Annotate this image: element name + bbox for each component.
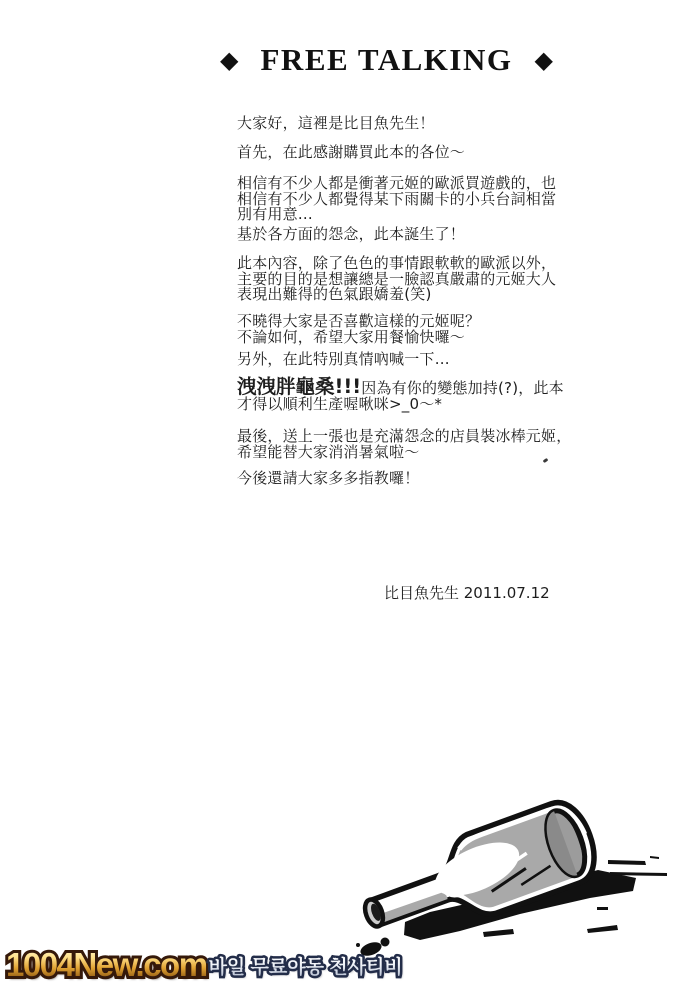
watermark: 1004New.com 1004New.com 바일 무료야동 천사티비 바일 …: [6, 944, 403, 986]
afterword-paragraph: 今後還請大家多多指教囉！: [237, 471, 419, 487]
afterword-paragraph: 首先，在此感謝購買此本的各位～: [237, 145, 465, 161]
afterword-paragraph: 此本內容，除了色色的事情跟軟軟的歐派以外， 主要的目的是想讓總是一臉認真嚴肅的元…: [237, 256, 556, 303]
scanned-afterword-page: ◆ FREE TALKING ◆ 大家好，這裡是比目魚先生！ 首先，在此感謝購買…: [0, 0, 699, 988]
ink-speck: [543, 458, 549, 463]
watermark-site-text: 1004New.com: [6, 946, 207, 984]
watermark-tagline: 바일 무료야동 천사티비 바일 무료야동 천사티비: [209, 952, 403, 979]
afterword-paragraph: 大家好，這裡是比目魚先生！: [237, 116, 435, 132]
afterword-paragraph: 不曉得大家是否喜歡這樣的元姬呢？ 不論如何，希望大家用餐愉快囉～: [237, 314, 480, 345]
afterword-paragraph: 相信有不少人都是衝著元姬的歐派買遊戲的，也 相信有不少人都覺得某下雨關卡的小兵台…: [237, 176, 556, 223]
afterword-paragraph: 最後，送上一張也是充滿怨念的店員裝冰棒元姬， 希望能替大家消消暑氣啦～: [237, 429, 571, 460]
page-header: ◆ FREE TALKING ◆: [37, 42, 699, 78]
page-title: FREE TALKING: [261, 42, 513, 78]
watermark-site-logo: 1004New.com 1004New.com: [6, 946, 207, 984]
afterword-paragraph: 基於各方面的怨念，此本誕生了！: [237, 227, 465, 243]
watermark-tagline-text: 바일 무료야동 천사티비: [209, 952, 403, 979]
signature-line: 比目魚先生 2011.07.12: [384, 582, 550, 603]
afterword-paragraph: 另外，在此特別真情吶喊一下…: [237, 352, 450, 368]
diamond-icon: ◆: [220, 48, 238, 72]
afterword-shout: 洩洩胖龜桑!!!因為有你的變態加持(?)，此本 才得以順利生產喔啾咪>_0～*: [237, 379, 564, 412]
diamond-icon: ◆: [534, 48, 552, 72]
